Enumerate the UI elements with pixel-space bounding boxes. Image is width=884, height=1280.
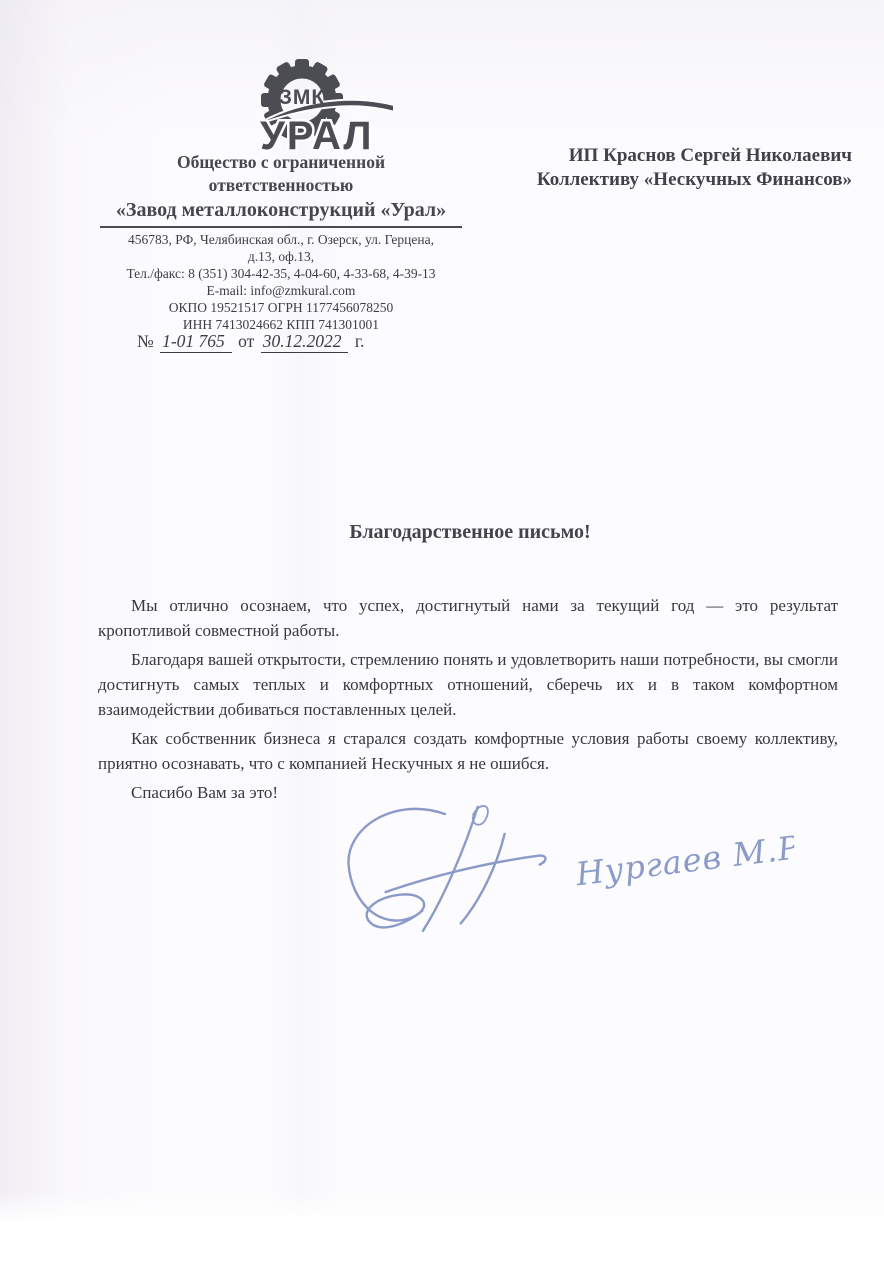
- reference-preposition: от: [238, 331, 254, 351]
- org-name-line-2: ответственностью: [100, 174, 462, 197]
- phone-line: Тел./факс: 8 (351) 304-42-35, 4-04-60, 4…: [100, 265, 462, 282]
- signature-graphic: Нургаев М.Р.: [322, 782, 797, 958]
- signature-flourish: [347, 804, 548, 934]
- signature-block: Нургаев М.Р.: [322, 782, 797, 963]
- letterhead-divider: [100, 226, 462, 228]
- signature-handwritten-name: Нургаев М.Р.: [573, 827, 798, 894]
- letter-title: Благодарственное письмо!: [100, 521, 840, 544]
- org-name-line-3: «Завод металлоконструкций «Урал»: [100, 197, 462, 224]
- paragraph: Мы отлично осознаем, что успех, достигну…: [98, 593, 838, 643]
- registry-line-okpo-ogrn: ОКПО 19521517 ОГРН 1177456078250: [100, 299, 462, 316]
- email-line: E-mail: info@zmkural.com: [100, 282, 462, 299]
- reference-number: 1-01 765: [160, 331, 232, 353]
- logo-graphic: ЗМК УРАЛ: [250, 58, 400, 156]
- reference-year-abbr: г.: [355, 331, 365, 351]
- company-logo: ЗМК УРАЛ: [250, 58, 400, 161]
- logo-gear-text: ЗМК: [279, 86, 325, 109]
- paragraph: Благодаря вашей открытости, стремлению п…: [98, 647, 838, 722]
- recipient-line-1: ИП Краснов Сергей Николаевич: [537, 144, 852, 168]
- recipient-line-2: Коллективу «Нескучных Финансов»: [537, 168, 852, 192]
- sender-letterhead: Общество с ограниченной ответственностью…: [100, 151, 462, 333]
- letter-body: Мы отлично осознаем, что успех, достигну…: [98, 593, 838, 809]
- logo-brand-text: УРАЛ: [260, 114, 374, 156]
- reference-line: № 1-01 765 от 30.12.2022 г.: [137, 331, 364, 353]
- scanned-letter-page: ЗМК УРАЛ Общество с ограниченной ответст…: [0, 0, 884, 1280]
- org-name-line-1: Общество с ограниченной: [100, 151, 462, 174]
- paragraph: Как собственник бизнеса я старался созда…: [98, 726, 838, 776]
- recipient-block: ИП Краснов Сергей Николаевич Коллективу …: [537, 144, 852, 191]
- reference-date: 30.12.2022: [261, 331, 349, 353]
- address-line-1: 456783, РФ, Челябинская обл., г. Озерск,…: [100, 231, 462, 248]
- address-line-2: д.13, оф.13,: [100, 248, 462, 265]
- reference-number-sign: №: [137, 331, 154, 351]
